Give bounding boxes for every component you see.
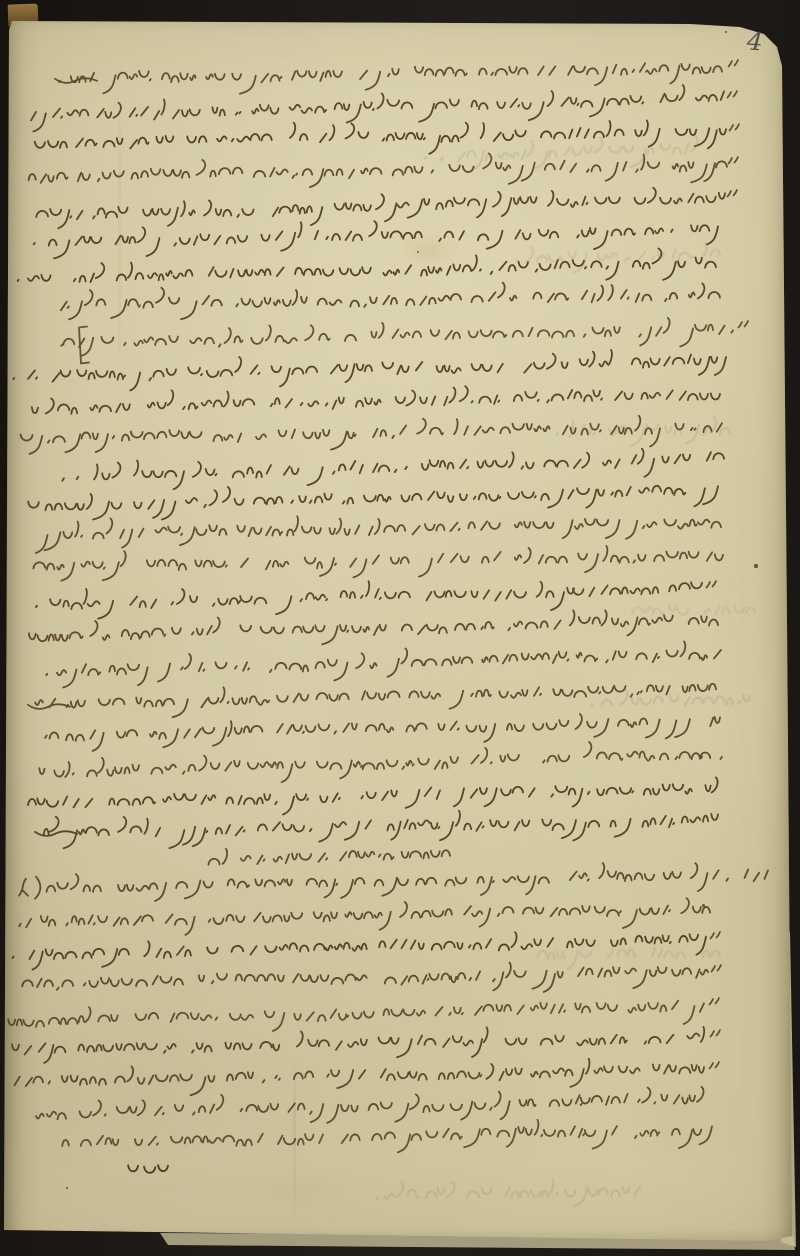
page-number: 4 — [746, 26, 764, 56]
manuscript-page — [0, 0, 800, 1256]
paper-shading — [0, 0, 800, 1256]
ink-speck — [754, 564, 757, 567]
scanned-document: 4 — [0, 0, 800, 1256]
ink-speck — [702, 904, 705, 907]
